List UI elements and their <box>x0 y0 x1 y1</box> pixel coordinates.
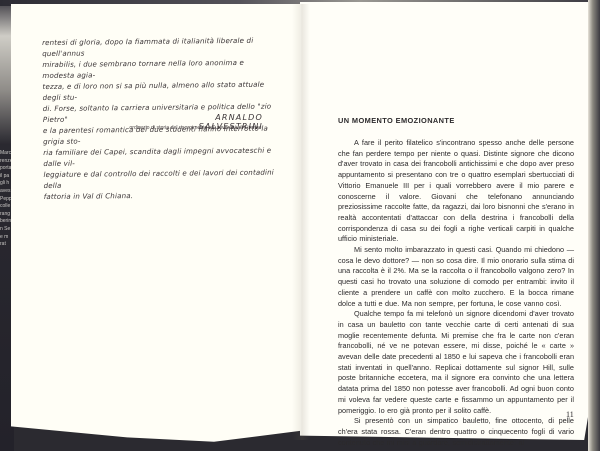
book-gutter <box>292 4 310 440</box>
fragment: rat <box>0 241 11 249</box>
author-role: ordinario di storia del risorgimento all… <box>118 125 263 131</box>
essay-line: mirabilis, i due sembrano tornare nella … <box>42 57 276 81</box>
fragment: il pa <box>0 173 11 181</box>
right-page-edge <box>588 0 600 451</box>
essay-line: rentesi di gloria, dopo la fiammata di i… <box>42 35 276 59</box>
article: UN MOMENTO EMOZIONANTE A fare il perito … <box>338 116 574 448</box>
fragment: aves <box>0 188 11 196</box>
fragment: rang <box>0 211 11 219</box>
fragment: berin <box>0 218 11 226</box>
fragment: Pepp <box>0 196 11 204</box>
fragment: Marc <box>0 150 11 158</box>
fragment: porta <box>0 165 11 173</box>
paragraph: A fare il perito filatelico s'incontrano… <box>338 138 574 245</box>
fragment: gli h <box>0 180 11 188</box>
fragment: renze <box>0 158 11 166</box>
page-number: 11 <box>566 410 574 419</box>
essay-line: ria familiare dei Capei, scandita dagli … <box>43 145 277 169</box>
fragment: n Se <box>0 226 11 234</box>
essay-line: tezza, e di loro non si sa più nulla, al… <box>42 79 276 103</box>
fragment: e m <box>0 234 11 242</box>
paragraph: Qualche tempo fa mi telefonò un signore … <box>338 309 574 416</box>
section-heading: UN MOMENTO EMOZIONANTE <box>338 116 574 125</box>
essay-line: leggiature e dal controllo dei raccolti … <box>43 167 277 191</box>
paragraph: Si presentò con un simpatico bauletto, f… <box>338 416 574 448</box>
fragment: colle <box>0 203 11 211</box>
paragraph: Mi sento molto imbarazzato in questi cas… <box>338 245 574 309</box>
adjacent-page-text-fragments: Marc renze porta il pa gli h aves Pepp c… <box>0 150 11 249</box>
